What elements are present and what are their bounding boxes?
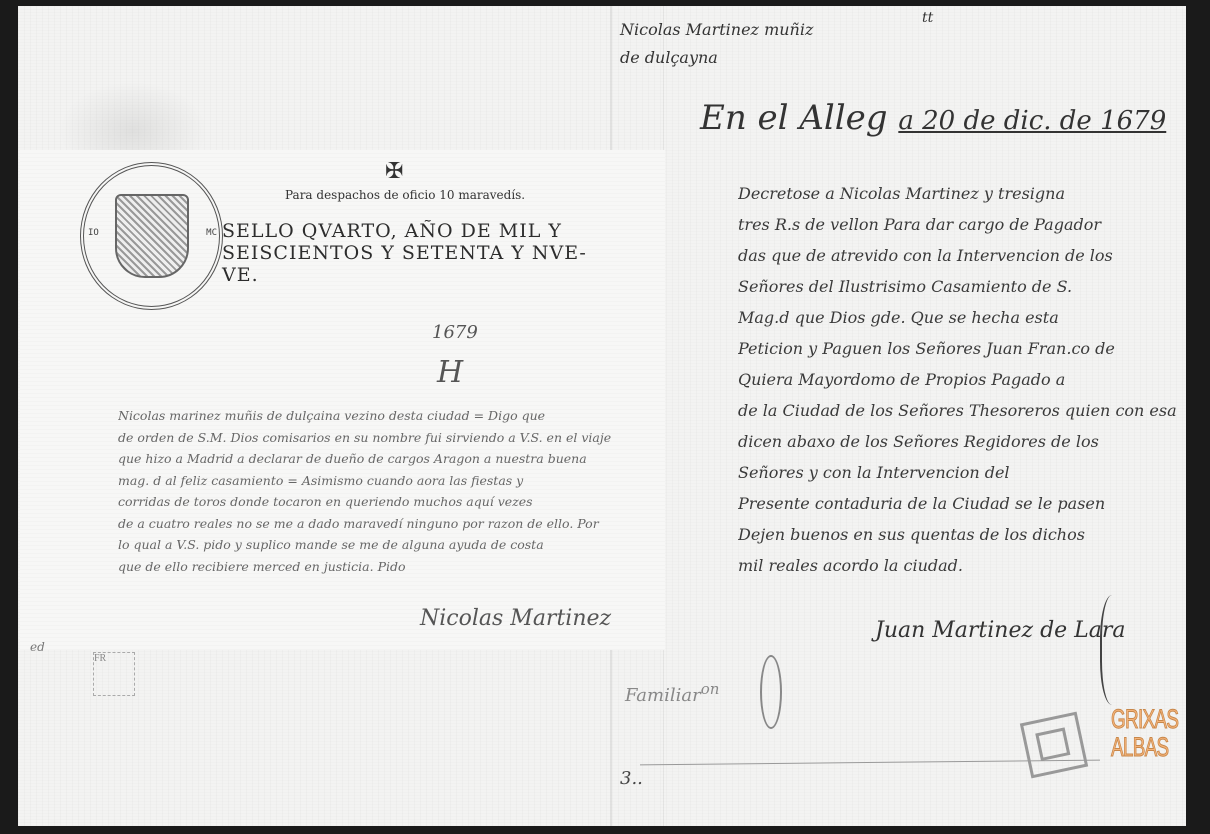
scroll-flourish-icon	[760, 655, 782, 729]
stamp-subtitle: Para despachos de oficio 10 maravedís.	[285, 188, 525, 202]
top-note: Nicolas Martinez muñiz de dulçayna	[620, 16, 813, 72]
folio-sup: on	[701, 680, 720, 698]
text-line: que de ello recibiere merced en justicia…	[118, 556, 658, 578]
text-line: das que de atrevido con la Intervencion …	[738, 240, 1178, 271]
logo-text: GRIXAS ALBAS	[1111, 705, 1178, 761]
text-line: Peticion y Paguen los Señores Juan Fran.…	[738, 333, 1178, 364]
text-line: que hizo a Madrid a declarar de dueño de…	[118, 448, 658, 470]
folio-note: Familiaron	[625, 680, 719, 706]
text-line: mag. d al feliz casamiento = Asimismo cu…	[118, 470, 658, 492]
text-line: de orden de S.M. Dios comisarios en su n…	[118, 427, 658, 449]
petitioner-signature: Nicolas Martinez	[420, 606, 611, 631]
decree-text: Decretose a Nicolas Martinez y tresigna …	[738, 178, 1178, 581]
text-line: Mag.d que Dios gde. Que se hecha esta	[738, 302, 1178, 333]
logo-line: ALBAS	[1111, 733, 1178, 761]
stamp-title-line: SELLO QVARTO, AÑO DE MIL Y	[222, 220, 602, 242]
folio-word: Familiar	[625, 685, 701, 706]
heading-prefix: En el Alleg	[700, 98, 888, 138]
faded-stamp: FR	[93, 652, 135, 696]
official-signature: Juan Martinez de Lara	[875, 618, 1126, 643]
left-mark: H	[437, 355, 463, 390]
page-number: 3..	[620, 768, 643, 789]
text-line: Decretose a Nicolas Martinez y tresigna	[738, 178, 1178, 209]
heading-date: a 20 de dic. de 1679	[898, 106, 1166, 136]
text-line: de la Ciudad de los Señores Thesoreros q…	[738, 395, 1178, 426]
seal-left-letters: IO	[88, 228, 99, 238]
text-line: corridas de toros donde tocaron en queri…	[118, 491, 658, 513]
text-line: dicen abaxo de los Señores Regidores de …	[738, 426, 1178, 457]
left-year: 1679	[432, 322, 478, 343]
text-line: Presente contaduria de la Ciudad se le p…	[738, 488, 1178, 519]
text-line: Dejen buenos en sus quentas de los dicho…	[738, 519, 1178, 550]
note-line: de dulçayna	[620, 44, 813, 72]
decree-heading: En el Alleg a 20 de dic. de 1679	[700, 98, 1166, 138]
text-line: Señores y con la Intervencion del	[738, 457, 1178, 488]
corner-mark: tt	[922, 10, 933, 26]
margin-mark: ed	[30, 640, 45, 654]
stamp-title-line: SEISCIENTOS Y SETENTA Y NVE-	[222, 242, 602, 264]
text-line: lo qual a V.S. pido y suplico mande se m…	[118, 534, 658, 556]
petition-text: Nicolas marinez muñis de dulçaina vezino…	[118, 405, 658, 577]
text-line: mil reales acordo la ciudad.	[738, 550, 1178, 581]
text-line: Señores del Ilustrisimo Casamiento de S.	[738, 271, 1178, 302]
cross-icon: ✠	[385, 158, 403, 184]
text-line: Quiera Mayordomo de Propios Pagado a	[738, 364, 1178, 395]
royal-coat-of-arms-seal: IO MC	[80, 162, 223, 310]
seal-right-letters: MC	[206, 228, 217, 238]
faded-stamp-text: FR	[94, 653, 106, 664]
logo-line: GRIXAS	[1111, 705, 1178, 733]
stamp-title: SELLO QVARTO, AÑO DE MIL Y SEISCIENTOS Y…	[222, 220, 602, 286]
knot-logo-icon	[1020, 712, 1088, 779]
archive-watermark-logo: GRIXAS ALBAS	[1015, 705, 1210, 785]
text-line: Nicolas marinez muñis de dulçaina vezino…	[118, 405, 658, 427]
text-line: tres R.s de vellon Para dar cargo de Pag…	[738, 209, 1178, 240]
text-line: de a cuatro reales no se me a dado marav…	[118, 513, 658, 535]
note-line: Nicolas Martinez muñiz	[620, 16, 813, 44]
shield-icon	[115, 194, 189, 278]
stamp-title-line: VE.	[222, 264, 602, 286]
rubric-flourish-icon	[1100, 595, 1130, 705]
